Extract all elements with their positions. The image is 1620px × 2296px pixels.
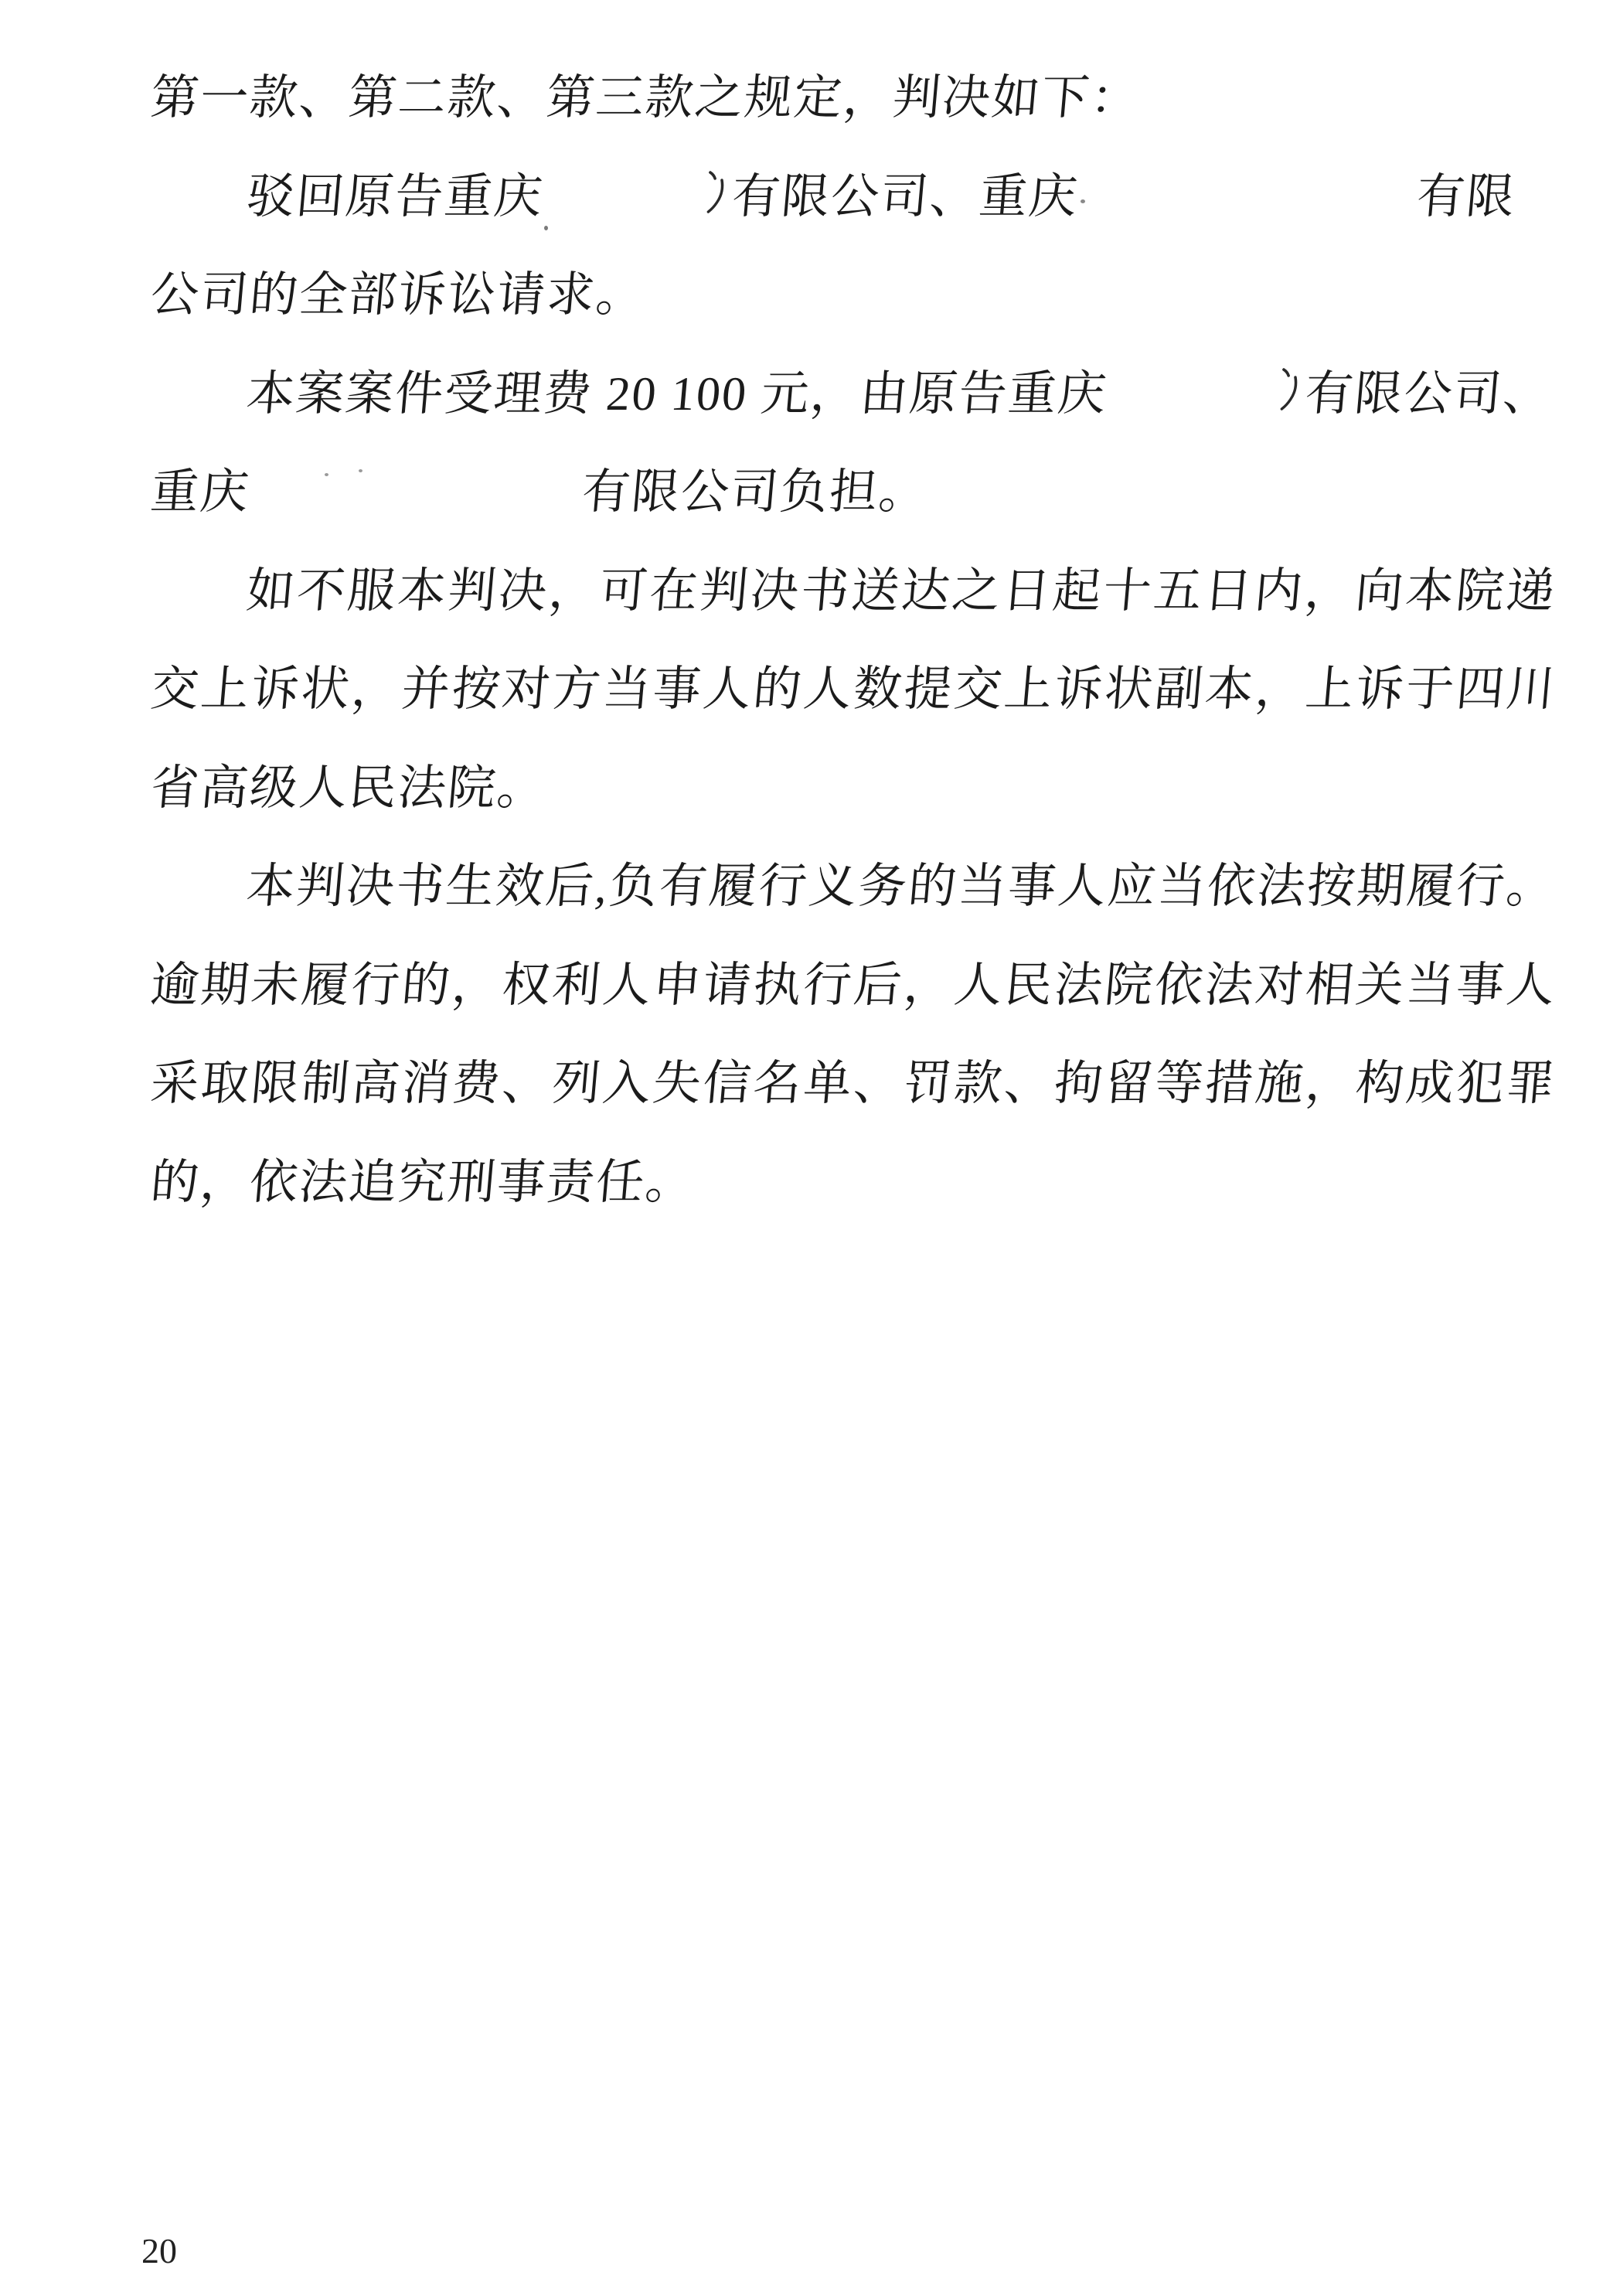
text-line-11: 采取限制高消费、列入失信名单、罚款、拘留等措施，构成犯罪 [146, 1035, 1560, 1134]
text-segment: 本判决书生效后,负有履行义务的当事人应当依法按期履行。 [244, 860, 1558, 913]
text-line-8: 省高级人民法院。 [146, 740, 1560, 839]
partial-character-icon [1276, 366, 1303, 411]
text-segment: 省高级人民法院。 [148, 762, 549, 815]
judgment-text-block: 第一款、第二款、第三款之规定，判决如下： 驳回原告重庆有限公司、重庆有限 公司的… [151, 49, 1556, 1232]
text-segment: 有限 [1414, 171, 1518, 223]
text-segment: 交上诉状，并按对方当事人的人数提交上诉状副本，上诉于四川 [148, 663, 1558, 716]
text-segment: 采取限制高消费、列入失信名单、罚款、拘留等措施，构成犯罪 [148, 1058, 1558, 1110]
scan-speck [359, 469, 362, 472]
scan-speck [544, 226, 548, 230]
text-segment: 有限公司、重庆 [730, 171, 1081, 223]
text-segment: 逾期未履行的，权利人申请执行后，人民法院依法对相关当事人 [148, 959, 1558, 1012]
text-line-6: 如不服本判决，可在判决书送达之日起十五日内，向本院递 [146, 543, 1560, 642]
page-number: 20 [141, 2230, 177, 2273]
text-segment: 本案案件受理费 20 100 元，由原告重庆 [244, 368, 1109, 421]
judgment-document-page: 第一款、第二款、第三款之规定，判决如下： 驳回原告重庆有限公司、重庆有限 公司的… [0, 0, 1620, 2296]
scan-speck [325, 473, 328, 476]
text-line-10: 逾期未履行的，权利人申请执行后，人民法院依法对相关当事人 [146, 937, 1560, 1036]
text-line-7: 交上诉状，并按对方当事人的人数提交上诉状副本，上诉于四川 [146, 641, 1560, 740]
text-line-3: 公司的全部诉讼请求。 [146, 247, 1560, 346]
text-line-4: 本案案件受理费 20 100 元，由原告重庆有限公司、 [146, 346, 1560, 445]
text-segment: 驳回原告重庆 [244, 171, 546, 223]
text-line-1: 第一款、第二款、第三款之规定，判决如下： [146, 49, 1560, 148]
redaction-gap [1106, 362, 1308, 410]
text-segment: 的，依法追究刑事责任。 [148, 1157, 697, 1209]
text-segment: 有限公司、 [1303, 368, 1555, 421]
text-segment: 重庆 [148, 466, 252, 519]
redaction-gap [248, 460, 584, 508]
text-segment: 公司的全部诉讼请求。 [148, 269, 648, 322]
text-segment: 有限公司负担。 [580, 466, 931, 519]
partial-character-icon [703, 169, 730, 214]
text-line-12: 的，依法追究刑事责任。 [146, 1134, 1560, 1233]
text-line-5: 重庆有限公司负担。 [146, 444, 1560, 543]
scan-speck [1081, 199, 1085, 203]
text-line-9: 本判决书生效后,负有履行义务的当事人应当依法按期履行。 [146, 838, 1560, 937]
redaction-gap [542, 165, 734, 213]
text-segment: 第一款、第二款、第三款之规定，判决如下： [148, 72, 1142, 124]
text-segment: 如不服本判决，可在判决书送达之日起十五日内，向本院递 [244, 565, 1558, 618]
redaction-gap [1077, 165, 1419, 213]
text-line-2: 驳回原告重庆有限公司、重庆有限 [146, 148, 1560, 247]
